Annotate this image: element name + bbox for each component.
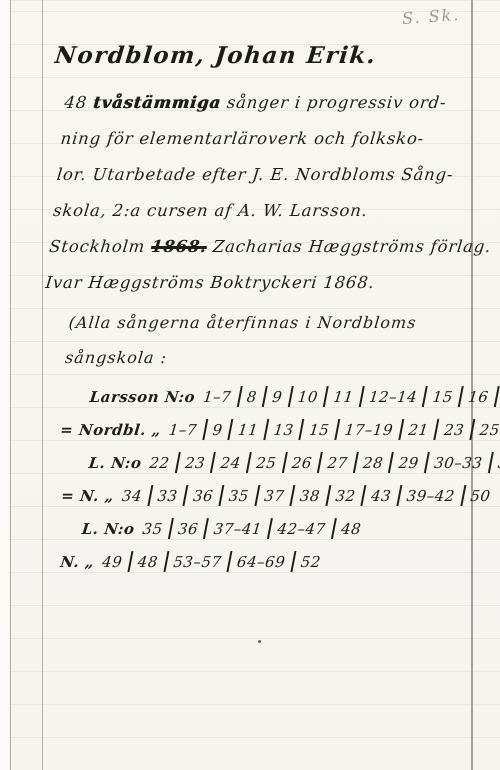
- cell-divider-stroke: [299, 419, 305, 440]
- entry-line: Ivar Hæggströms Boktryckeri 1868.: [44, 265, 458, 301]
- concordance-cell: 29: [398, 454, 420, 472]
- concordance-cell: 37: [263, 487, 285, 505]
- cell-divider-stroke: [254, 485, 260, 506]
- concordance-row-label: L. N:o: [81, 520, 136, 538]
- entry-text-segment: 1868.: [150, 237, 208, 256]
- margin-rule-left-inner: [42, 0, 43, 770]
- cell-divider-stroke: [147, 485, 153, 506]
- concordance-cell: 64–69: [236, 553, 286, 571]
- concordance-cell: 25: [255, 454, 277, 472]
- cell-divider-stroke: [227, 551, 233, 572]
- entry-body: 48 tvåstämmiga sånger i progressiv ord-n…: [44, 85, 477, 301]
- cell-divider-stroke: [203, 518, 209, 539]
- concordance-cell: 28: [362, 454, 384, 472]
- concordance-row: = Nordbl. „1–7911131517–19212325–2831: [58, 414, 471, 447]
- cell-divider-stroke: [424, 452, 430, 473]
- cell-divider-stroke: [398, 419, 404, 440]
- entry-text-segment: skola, 2:a cursen af A. W. Larsson.: [52, 201, 369, 220]
- cell-divider-stroke: [317, 452, 323, 473]
- cell-divider-stroke: [183, 485, 189, 506]
- cell-divider-stroke: [236, 386, 242, 407]
- entry-text-segment: ning för elementarläroverk och folksko-: [60, 129, 425, 148]
- entry-line: ning för elementarläroverk och folksko-: [59, 121, 473, 157]
- cell-divider-stroke: [127, 551, 133, 572]
- concordance-cell: 34: [121, 487, 143, 505]
- entry-text-segment: tvåstämmiga: [92, 93, 222, 112]
- paren-note-line: (Alla sångerna återfinnas i Nordbloms: [67, 305, 469, 340]
- cell-divider-stroke: [331, 518, 337, 539]
- concordance-row: N. „494853–5764–6952: [59, 546, 458, 579]
- concordance-cell: 23: [443, 421, 465, 439]
- cell-divider-stroke: [175, 452, 181, 473]
- entry-heading: Nordblom, Johan Erik.: [54, 42, 467, 69]
- concordance-cell: 52: [300, 553, 322, 571]
- cell-divider-stroke: [218, 485, 224, 506]
- entry-text-segment: lor. Utarbetade efter J. E. Nordbloms Så…: [56, 165, 454, 184]
- margin-rule-left-outer: [10, 0, 11, 770]
- concordance-cell: 37–41: [213, 520, 263, 538]
- cell-divider-stroke: [267, 518, 273, 539]
- concordance-row: = N. „343336353738324339–4250: [60, 480, 465, 513]
- entry-text-segment: Stockholm: [48, 237, 152, 256]
- cell-divider-stroke: [396, 485, 402, 506]
- concordance-cell: 11: [237, 421, 259, 439]
- cell-divider-stroke: [287, 386, 293, 407]
- entry-text-segment: 48: [64, 93, 95, 112]
- concordance-cell: 23: [184, 454, 206, 472]
- paren-note-line: sångskola :: [63, 340, 465, 375]
- cell-divider-stroke: [353, 452, 359, 473]
- concordance-cell: 11: [332, 388, 354, 406]
- concordance-row: L. N:o353637–4142–4748: [80, 513, 461, 546]
- cell-divider-stroke: [323, 386, 329, 407]
- concordance-cell: 1–7: [202, 388, 232, 406]
- entry-line: lor. Utarbetade efter J. E. Nordbloms Så…: [55, 157, 469, 193]
- concordance-row: Larsson N:o1–789101112–14151617–2021: [88, 381, 475, 414]
- concordance-cell: 10: [297, 388, 319, 406]
- concordance-cell: 50: [469, 487, 491, 505]
- concordance-cell: 17–19: [344, 421, 394, 439]
- concordance-row: L. N:o222324252627282930–3334: [87, 447, 468, 480]
- ink-speck: [258, 640, 261, 643]
- concordance-cell: 27: [327, 454, 349, 472]
- cell-divider-stroke: [290, 551, 296, 572]
- concordance-row-label: = N. „: [60, 487, 115, 505]
- entry-line: Stockholm 1868. Zacharias Hæggströms för…: [47, 229, 461, 265]
- concordance-cell: 35: [142, 520, 164, 538]
- concordance-cell: 36: [192, 487, 214, 505]
- concordance-row-label: Larsson N:o: [89, 388, 196, 406]
- cell-divider-stroke: [388, 452, 394, 473]
- cell-divider-stroke: [325, 485, 331, 506]
- paren-note: (Alla sångerna återfinnas i Nordblomssån…: [63, 305, 468, 375]
- concordance-cell: 12–14: [368, 388, 418, 406]
- scanned-catalog-card: S. Sk. Nordblom, Johan Erik. 48 tvåstämm…: [0, 0, 500, 770]
- pencil-shelf-mark: S. Sk.: [401, 5, 460, 28]
- concordance-cell: 21: [408, 421, 430, 439]
- cell-divider-stroke: [210, 452, 216, 473]
- cell-divider-stroke: [289, 485, 295, 506]
- concordance-cell: 24: [220, 454, 242, 472]
- entry-line: skola, 2:a cursen af A. W. Larsson.: [51, 193, 465, 229]
- concordance-cell: 53–57: [172, 553, 222, 571]
- concordance-cell: 43: [370, 487, 392, 505]
- concordance-cell: 48: [340, 520, 362, 538]
- concordance-cell: 48: [137, 553, 159, 571]
- cell-divider-stroke: [262, 386, 268, 407]
- concordance-cell: 9: [212, 421, 224, 439]
- cell-divider-stroke: [460, 485, 466, 506]
- concordance-row-label: L. N:o: [88, 454, 143, 472]
- cell-divider-stroke: [434, 419, 440, 440]
- concordance-cell: 16: [467, 388, 489, 406]
- cell-divider-stroke: [334, 419, 340, 440]
- concordance-cell: 42–47: [276, 520, 326, 538]
- cell-divider-stroke: [361, 485, 367, 506]
- concordance-row-label: = Nordbl. „: [59, 421, 162, 439]
- concordance-cell: 36: [177, 520, 199, 538]
- concordance-cell: 30–33: [433, 454, 483, 472]
- cell-divider-stroke: [246, 452, 252, 473]
- entry-text-segment: Ivar Hæggströms Boktryckeri 1868.: [45, 273, 376, 292]
- concordance-cell: 39–42: [406, 487, 456, 505]
- cell-divider-stroke: [168, 518, 174, 539]
- concordance-cell: 33: [157, 487, 179, 505]
- concordance-cell: 38: [299, 487, 321, 505]
- concordance-cell: 35: [228, 487, 250, 505]
- cell-divider-stroke: [487, 452, 493, 473]
- cell-divider-stroke: [281, 452, 287, 473]
- cell-divider-stroke: [422, 386, 428, 407]
- entry-text-segment: sånger i progressiv ord-: [220, 93, 447, 112]
- entry-text-segment: Zacharias Hæggströms förlag.: [206, 237, 492, 256]
- concordance-cell: 9: [271, 388, 283, 406]
- card-content: Nordblom, Johan Erik. 48 tvåstämmiga sån…: [55, 42, 465, 579]
- concordance-table: Larsson N:o1–789101112–14151617–2021= No…: [45, 381, 476, 579]
- concordance-cell: 15: [308, 421, 330, 439]
- concordance-cell: 1–7: [168, 421, 198, 439]
- cell-divider-stroke: [458, 386, 464, 407]
- concordance-row-label: N. „: [59, 553, 95, 571]
- entry-line: 48 tvåstämmiga sånger i progressiv ord-: [63, 85, 477, 121]
- concordance-cell: 13: [273, 421, 295, 439]
- cell-divider-stroke: [263, 419, 269, 440]
- concordance-cell: 22: [149, 454, 171, 472]
- concordance-cell: 15: [432, 388, 454, 406]
- page-left-edge: [0, 0, 9, 770]
- cell-divider-stroke: [163, 551, 169, 572]
- concordance-cell: 8: [246, 388, 258, 406]
- concordance-cell: 32: [335, 487, 357, 505]
- concordance-cell: 25–28: [479, 421, 500, 439]
- cell-divider-stroke: [359, 386, 365, 407]
- concordance-cell: 49: [101, 553, 123, 571]
- concordance-cell: 26: [291, 454, 313, 472]
- cell-divider-stroke: [493, 386, 499, 407]
- cell-divider-stroke: [202, 419, 208, 440]
- cell-divider-stroke: [228, 419, 234, 440]
